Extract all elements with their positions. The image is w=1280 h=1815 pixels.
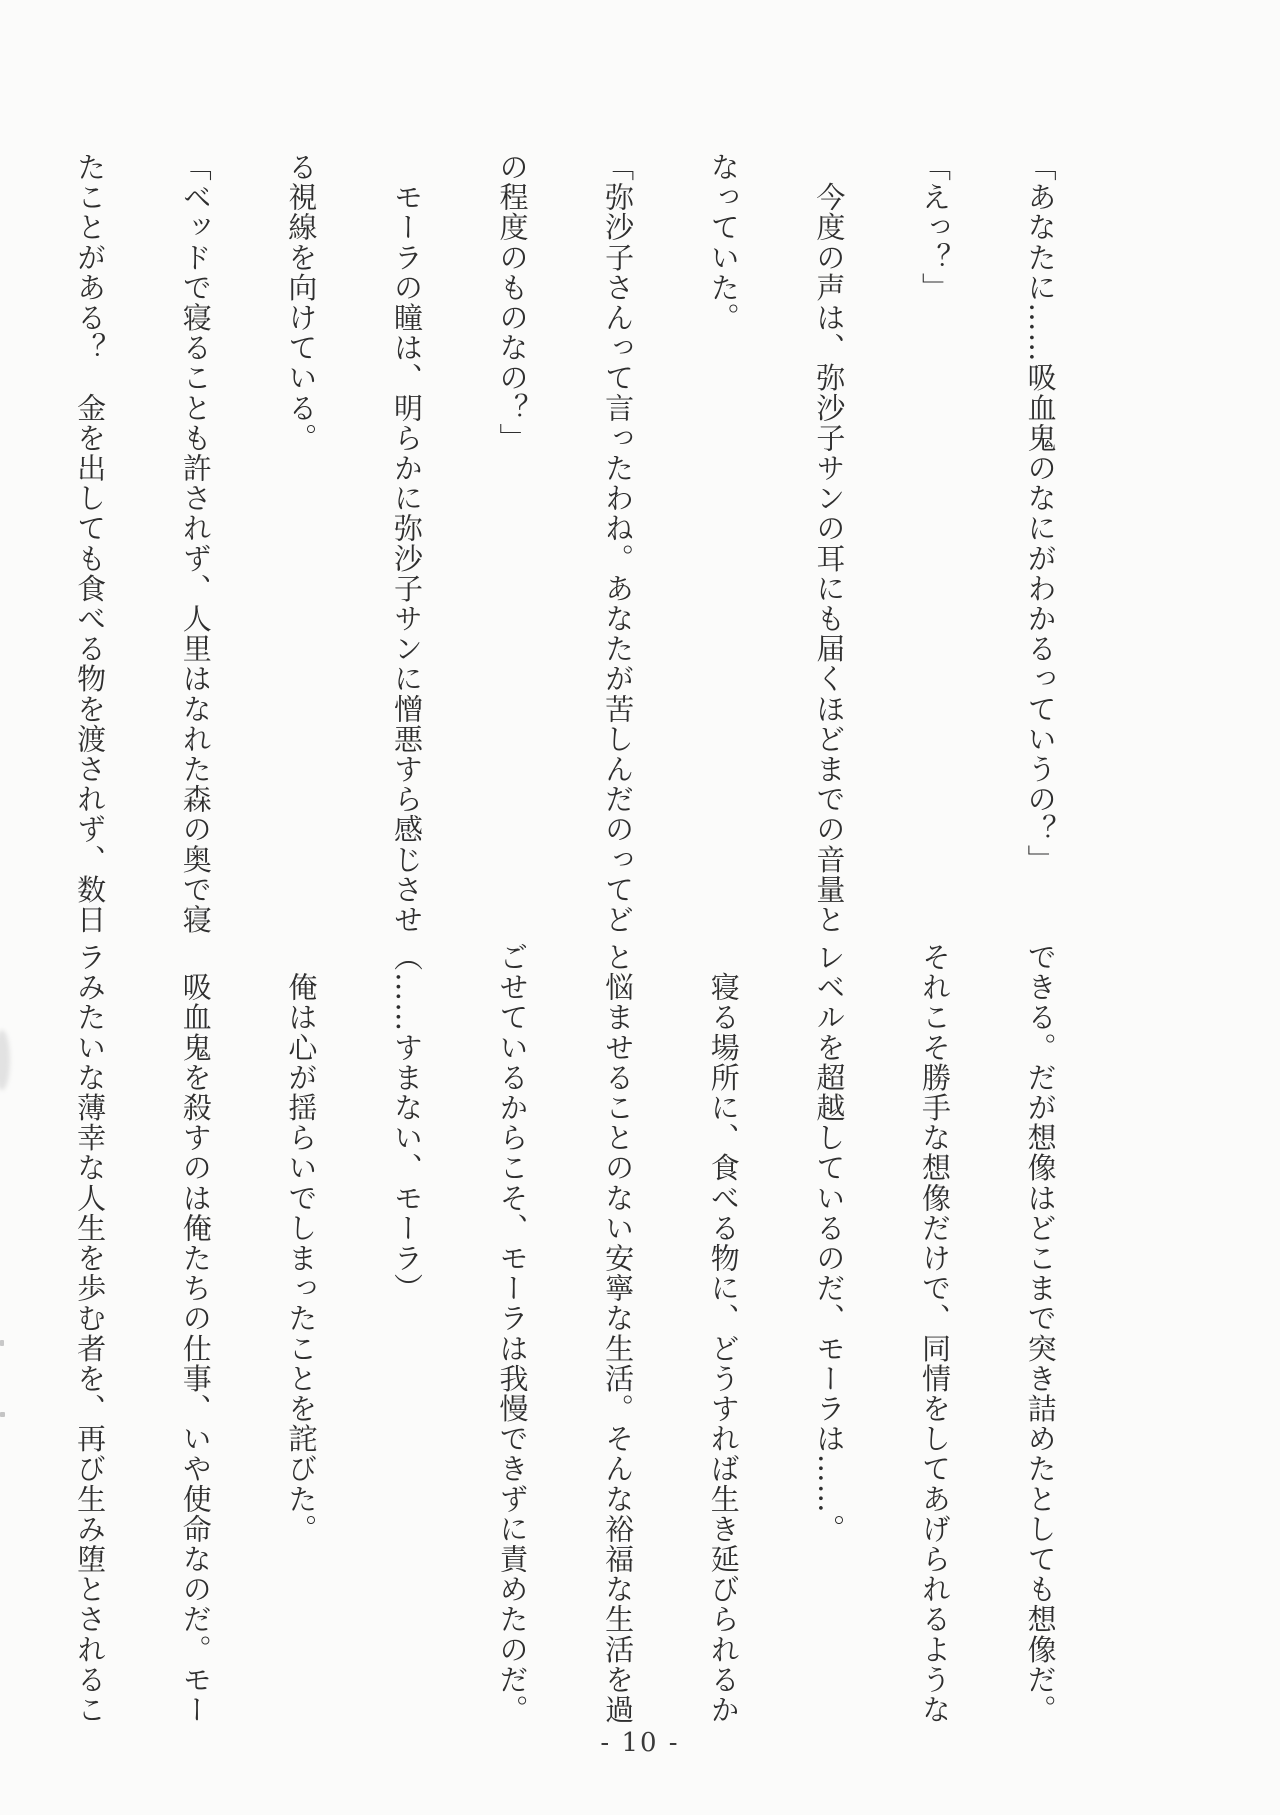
text-block-upper: 「あなたに……吸血鬼のなにがわかるっていうの？」 「えっ？」 今度の声は、弥沙子…: [138, 152, 1128, 882]
page-number: - 10 -: [0, 1728, 1280, 1758]
text-block-lower: できる。だが想像はどこまで突き詰めたとしても想像だ。 それこそ勝手な想像だけで、…: [138, 942, 1128, 1682]
text-column: 「えっ？」: [917, 152, 952, 882]
document-page: 「あなたに……吸血鬼のなにがわかるっていうの？」 「えっ？」 今度の声は、弥沙子…: [0, 0, 1280, 1815]
text-column: とがないように。それこそが、吸血鬼に生き方を狂わされ: [0, 942, 2, 1682]
text-column: たことがある？ 金を出しても食べる物を渡されず、数日: [72, 152, 107, 882]
text-column: 「ベッドで寝ることも許されず、人里はなれた森の奥で寝: [178, 152, 213, 882]
text-column: 「あなたに……吸血鬼のなにがわかるっていうの？」: [1022, 152, 1057, 882]
text-column: レベルを超越しているのだ、モーラは……。: [811, 942, 846, 1682]
text-column: なっていた。: [706, 152, 741, 882]
text-column: ラみたいな薄幸な人生を歩む者を、再び生み堕とされるこ: [72, 942, 107, 1682]
text-column: 「弥沙子さんって言ったわね。あなたが苦しんだのってど: [600, 152, 635, 882]
text-column: 吸血鬼を殺すのは俺たちの仕事、いや使命なのだ。モー: [178, 942, 213, 1682]
text-column: 間も空腹に耐えたことがあって？ 指の骨を折られたり、: [0, 152, 2, 882]
text-column: 俺は心が揺らいでしまったことを詫びた。: [283, 942, 318, 1682]
text-column: る視線を向けている。: [283, 152, 318, 882]
text-column: 寝る場所に、食べる物に、どうすれば生き延びられるか: [706, 942, 741, 1682]
text-column: と悩ませることのない安寧な生活。そんな裕福な生活を過: [600, 942, 635, 1682]
text-column: 今度の声は、弥沙子サンの耳にも届くほどまでの音量と: [811, 152, 846, 882]
text-column: （……すまない、モーラ）: [389, 942, 424, 1682]
text-column: ごせているからこそ、モーラは我慢できずに責めたのだ。: [494, 942, 529, 1682]
text-column: の程度のものなの？」: [494, 152, 529, 882]
text-column: できる。だが想像はどこまで突き詰めたとしても想像だ。: [1022, 942, 1057, 1682]
text-column: モーラの瞳は、明らかに弥沙子サンに憎悪すら感じさせ: [389, 152, 424, 882]
text-column: それこそ勝手な想像だけで、同情をしてあげられるような: [917, 942, 952, 1682]
